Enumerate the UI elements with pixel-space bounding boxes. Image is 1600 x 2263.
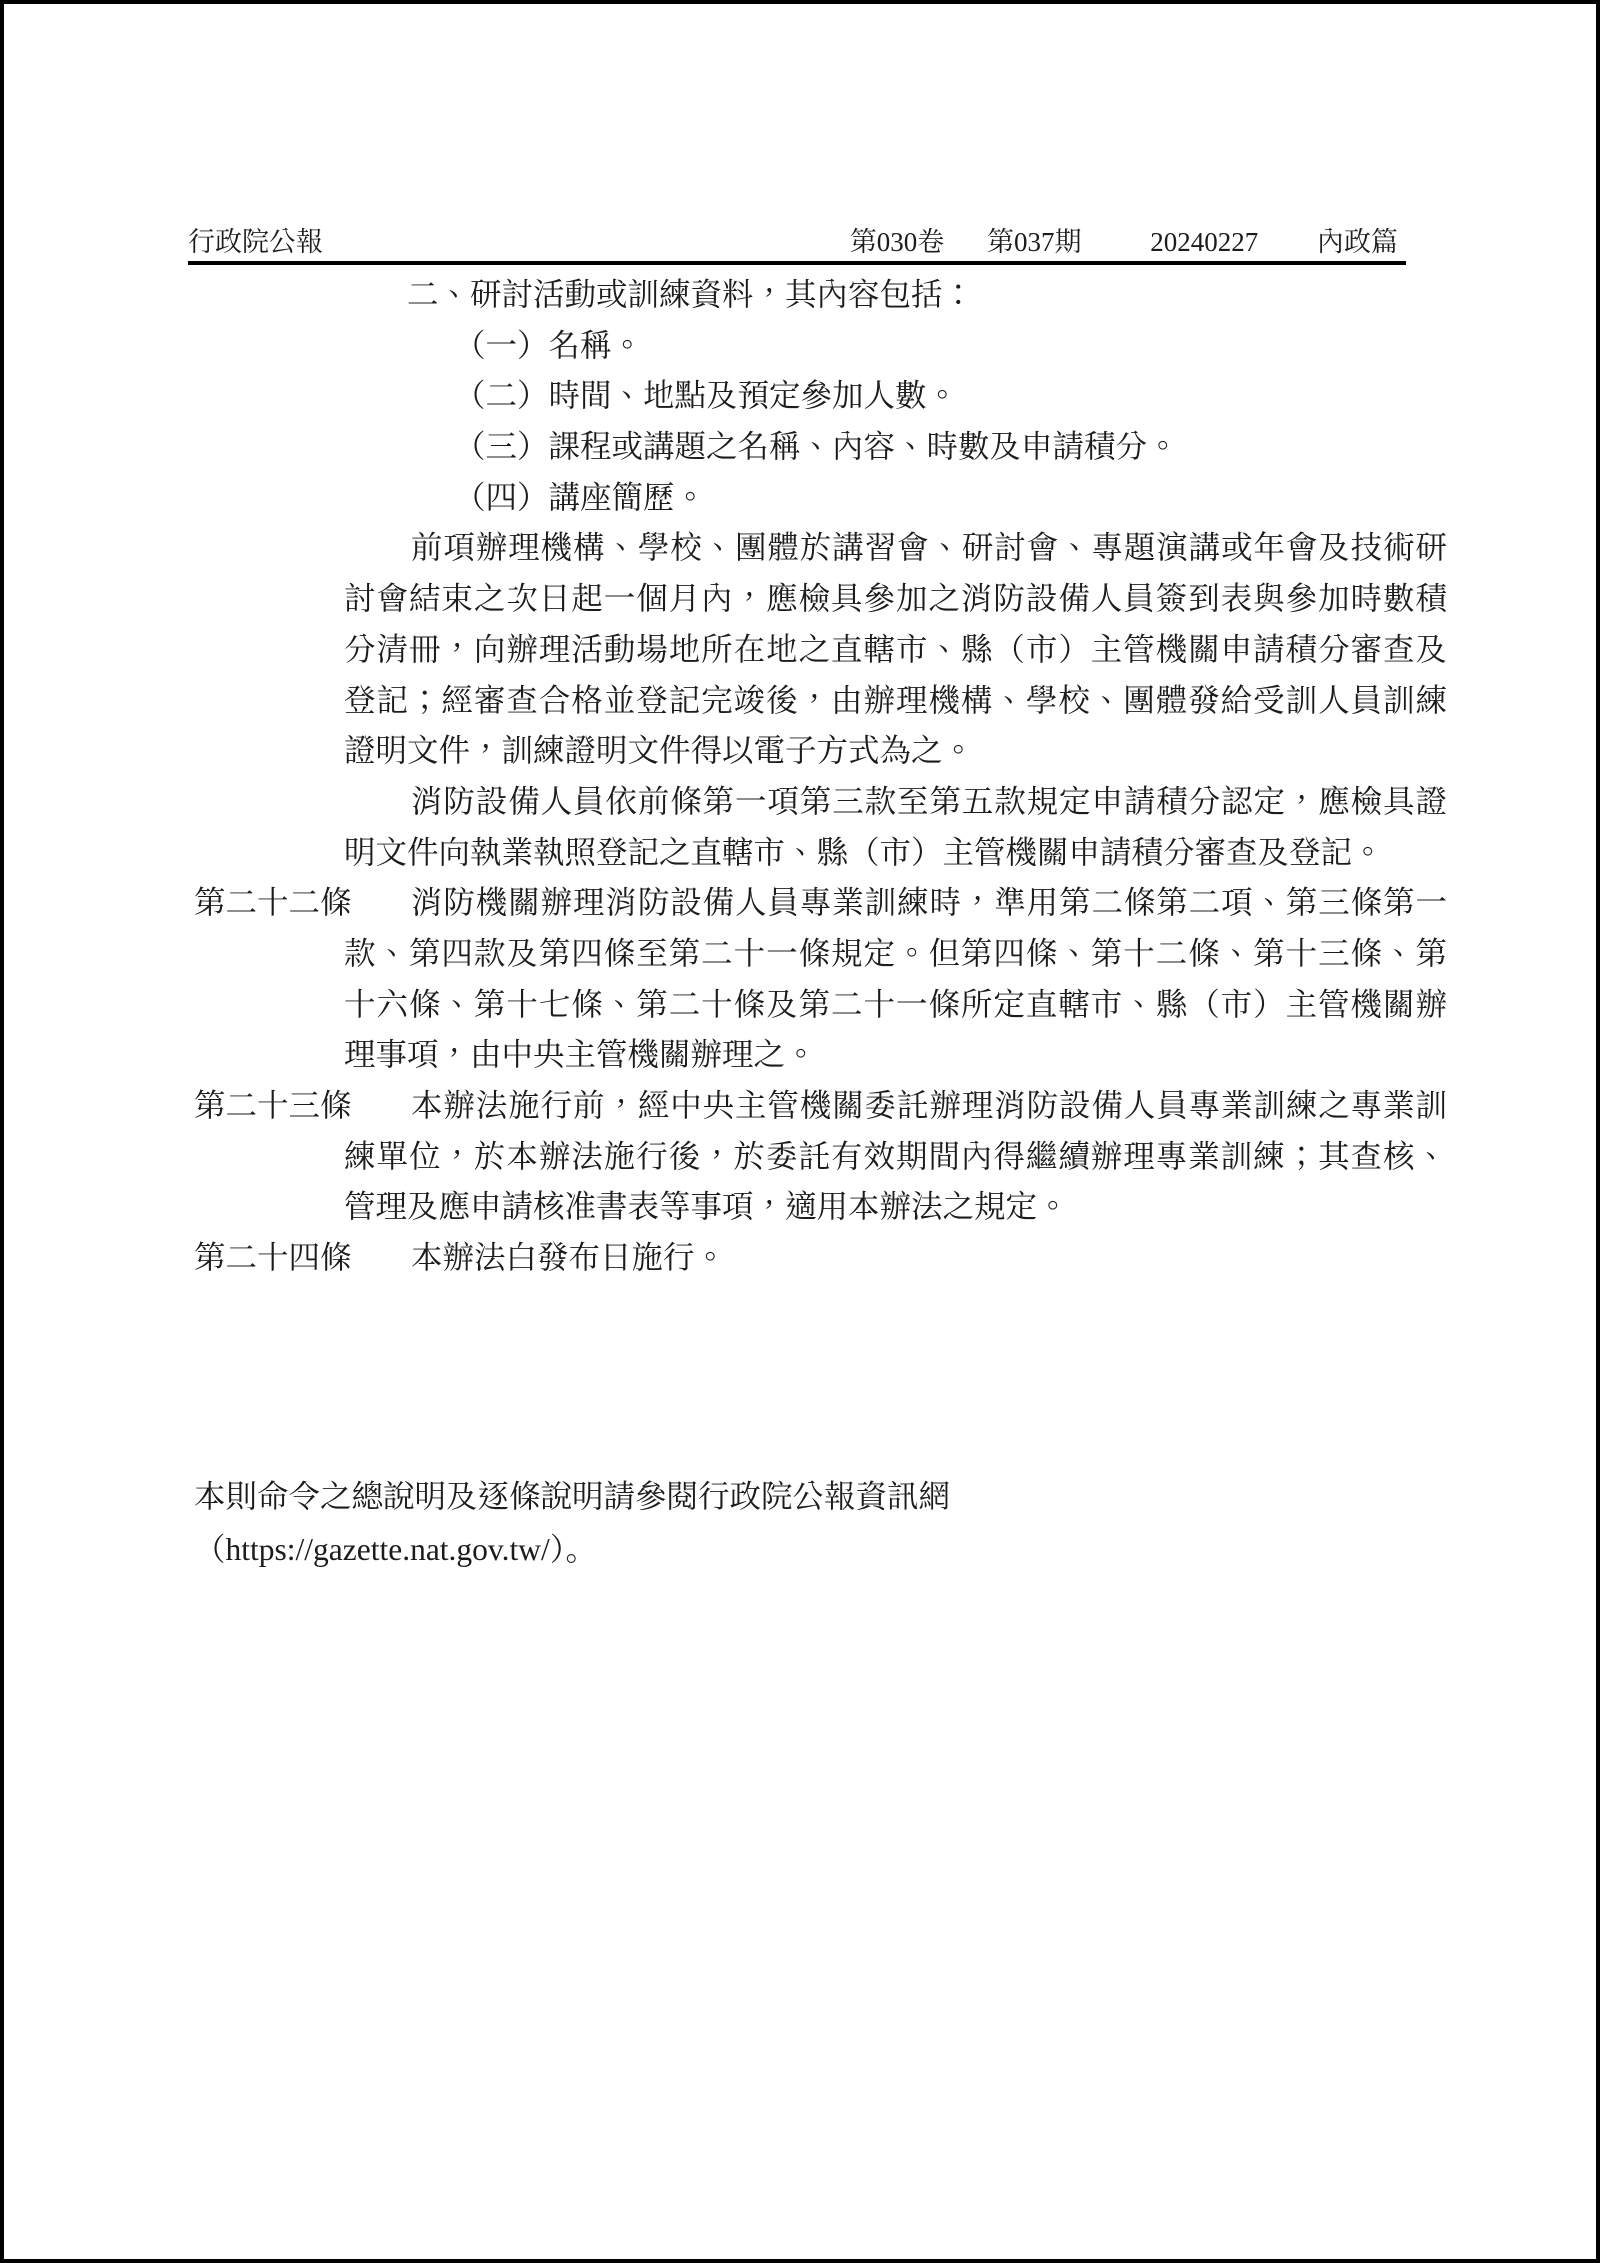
gazette-title: 行政院公報 [188,224,323,260]
document-body: 二、研討活動或訓練資料，其內容包括： （一）名稱。 （二）時間、地點及預定參加人… [4,270,1600,1284]
article-text: 本辦法白發布日施行。 [411,1233,726,1284]
volume-label: 第030卷 [850,224,945,260]
footer-note: 本則命令之總說明及逐條說明請參閱行政院公報資訊網 （https://gazett… [194,1470,950,1576]
article-number: 第二十四條 [194,1233,411,1284]
article-line: 第二十三條本辦法施行前，經中央主管機關委託辦理消防設備人員專業訓練之專業訓 [4,1081,1600,1132]
gazette-page: 行政院公報 第030卷 第037期 20240227 內政篇 二、研討活動或訓練… [0,0,1600,2263]
paragraph-line: 十六條、第十七條、第二十條及第二十一條所定直轄市、縣（市）主管機關辦 [4,980,1447,1031]
date-label: 20240227 [1150,224,1258,260]
article-text: 消防機關辦理消防設備人員專業訓練時，準用第二條第二項、第三條第一 [411,878,1447,929]
paragraph-line: 管理及應申請核准書表等事項，適用本辦法之規定。 [4,1182,1600,1233]
header-rule [188,261,1406,265]
paragraph-line: 前項辦理機構、學校、團體於講習會、研討會、專題演講或年會及技術研 [4,523,1447,574]
section-label: 內政篇 [1317,224,1398,260]
paragraph-line: 登記；經審查合格並登記完竣後，由辦理機構、學校、團體發給受訓人員訓練 [4,676,1447,727]
paragraph-line: 證明文件，訓練證明文件得以電子方式為之。 [4,726,1600,777]
article-line: 第二十二條消防機關辦理消防設備人員專業訓練時，準用第二條第二項、第三條第一 [4,878,1600,929]
sub-list-item: （一）名稱。 [4,321,1600,372]
paragraph-line: 分清冊，向辦理活動場地所在地之直轄市、縣（市）主管機關申請積分審查及 [4,625,1447,676]
paragraph-line: 討會結束之次日起一個月內，應檢具參加之消防設備人員簽到表與參加時數積 [4,574,1447,625]
footer-note-url: （https://gazette.nat.gov.tw/）。 [194,1523,950,1576]
paragraph-line: 理事項，由中央主管機關辦理之。 [4,1030,1600,1081]
paragraph-line: 明文件向執業執照登記之直轄市、縣（市）主管機關申請積分審查及登記。 [4,828,1600,879]
paragraph-line: 練單位，於本辦法施行後，於委託有效期間內得繼續辦理專業訓練；其查核、 [4,1132,1447,1183]
article-number: 第二十二條 [194,878,411,929]
issue-label: 第037期 [987,224,1082,260]
article-line: 第二十四條本辦法白發布日施行。 [4,1233,1600,1284]
article-number: 第二十三條 [194,1081,411,1132]
sub-list-item: （三）課程或講題之名稱、內容、時數及申請積分。 [4,422,1600,473]
sub-list-item: （二）時間、地點及預定參加人數。 [4,371,1600,422]
sub-list-item: （四）講座簡歷。 [4,473,1600,524]
gazette-issue-info: 第030卷 第037期 20240227 內政篇 [850,224,1398,260]
paragraph-line: 款、第四款及第四條至第二十一條規定。但第四條、第十二條、第十三條、第 [4,929,1447,980]
paragraph-line: 消防設備人員依前條第一項第三款至第五款規定申請積分認定，應檢具證 [4,777,1447,828]
footer-note-text: 本則命令之總說明及逐條說明請參閱行政院公報資訊網 [194,1470,950,1523]
article-text: 本辦法施行前，經中央主管機關委託辦理消防設備人員專業訓練之專業訓 [411,1081,1447,1132]
list-item: 二、研討活動或訓練資料，其內容包括： [4,270,1600,321]
